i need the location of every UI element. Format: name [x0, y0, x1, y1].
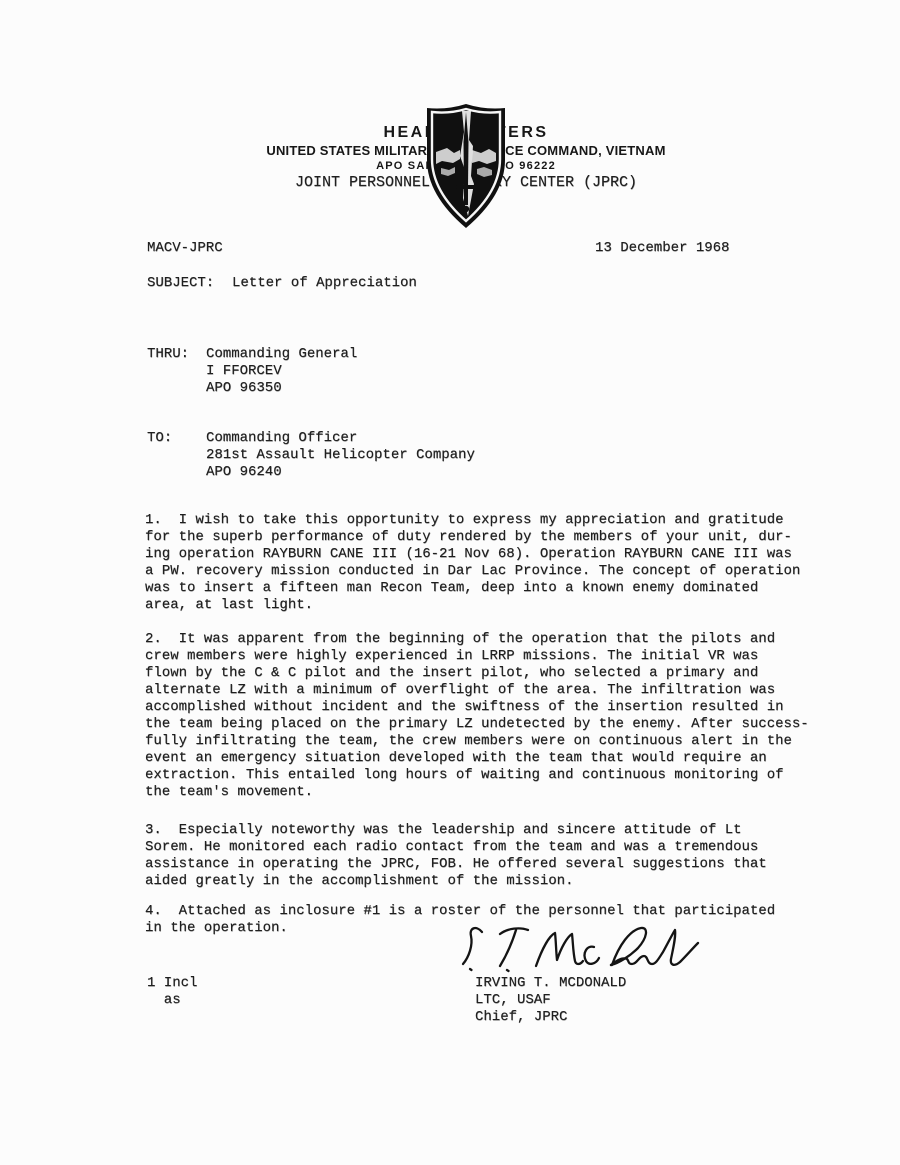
document-page: HEADQUARTERS UNITED STATES MILITARY ASSI… — [0, 0, 900, 1165]
to-address: Commanding Officer 281st Assault Helicop… — [206, 430, 475, 481]
thru-address: Commanding General I FFORCEV APO 96350 — [206, 346, 357, 397]
macv-shield-emblem-icon — [423, 102, 509, 230]
subject-text: Letter of Appreciation — [232, 275, 417, 292]
office-symbol: MACV-JPRC — [147, 240, 223, 257]
to-label: TO: — [147, 430, 172, 447]
enclosure-note: 1 Incl as — [147, 975, 197, 1009]
body-paragraph-2: 2. It was apparent from the beginning of… — [145, 631, 809, 801]
handwritten-signature-icon — [460, 921, 702, 981]
signatory-title: Chief, JPRC — [475, 1009, 567, 1026]
letter-date: 13 December 1968 — [595, 240, 729, 257]
body-paragraph-1: 1. I wish to take this opportunity to ex… — [145, 512, 800, 614]
subject-label: SUBJECT: — [147, 275, 214, 292]
body-paragraph-3: 3. Especially noteworthy was the leaders… — [145, 822, 767, 890]
thru-label: THRU: — [147, 346, 189, 363]
signatory-rank: LTC, USAF — [475, 992, 551, 1009]
